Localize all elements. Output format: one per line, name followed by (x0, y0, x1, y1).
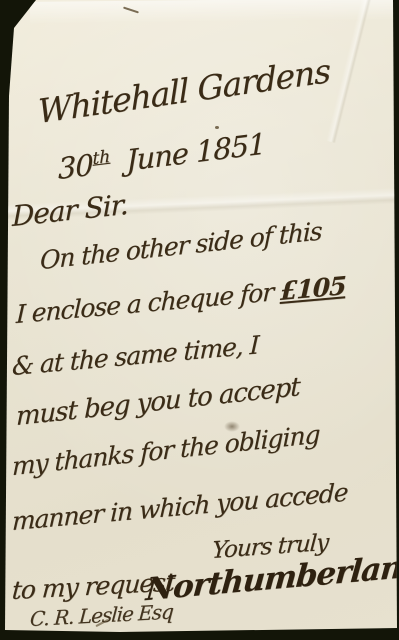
body-line: must beg you to accept (16, 372, 300, 432)
letter-paper: Whitehall Gardens 30thJune 1851 Dear Sir… (0, 0, 399, 640)
paper-speck (123, 7, 139, 14)
body-line: I enclose a cheque for £105 (15, 271, 345, 329)
body-line: my thanks for the obliging (12, 420, 320, 482)
paper-corner-crease (326, 0, 372, 143)
date-month-year: June 1851 (126, 126, 266, 177)
date-ordinal: th (92, 147, 110, 169)
paper-top-edge-highlight (30, 0, 399, 24)
letter-photograph: Whitehall Gardens 30thJune 1851 Dear Sir… (0, 0, 399, 640)
paper-speck (215, 126, 219, 129)
date-day: 30 (58, 148, 93, 186)
body-line: & at the same time, I (11, 330, 259, 381)
addressee-line: C. R. Leslie Esq (29, 599, 174, 631)
address-line: Whitehall Gardens (37, 51, 330, 131)
cheque-amount: £105 (280, 271, 346, 306)
salutation-line: Dear Sir. (12, 188, 128, 233)
body-line: manner in which you accede (11, 478, 348, 537)
cheque-line-text: I enclose a cheque for (15, 277, 280, 329)
date-line: 30thJune 1851 (58, 126, 266, 186)
